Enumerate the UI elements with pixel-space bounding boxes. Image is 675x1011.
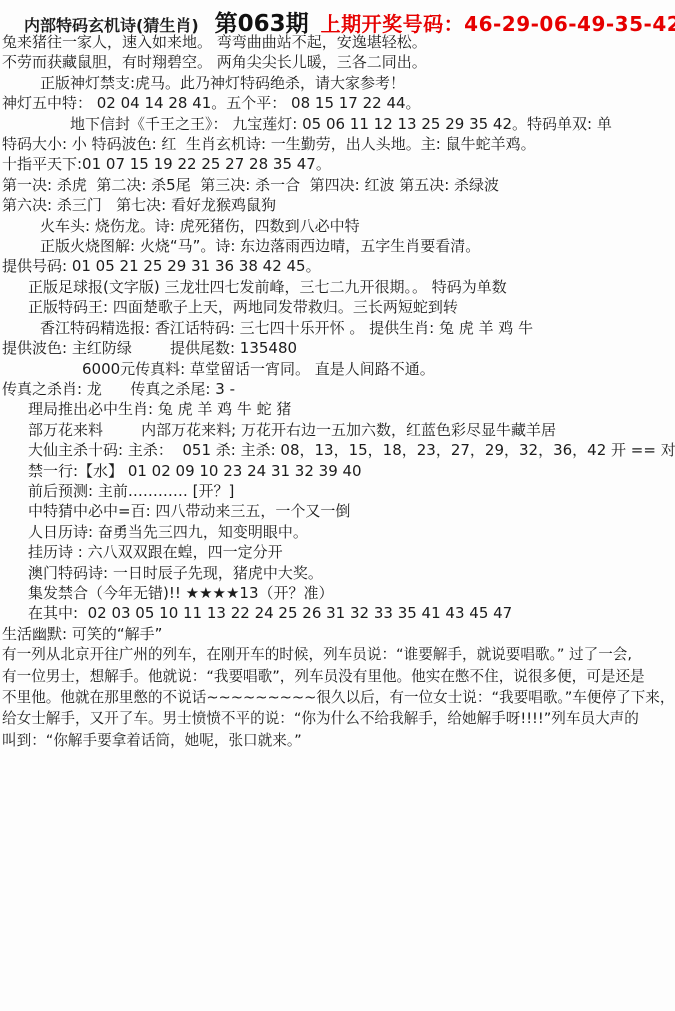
doc-line: 正版神灯禁支:虎马。此乃神灯特码绝杀，请大家参考！ [0,73,675,93]
doc-line: 正版特码王: 四面楚歌子上天，两地同发带救归。三长两短蛇到转 [0,297,675,317]
joke-line: 给女士解手，又开了车。男士愤愤不平的说：“你为什么不给我解手，给她解手呀!!!!… [0,708,675,729]
joke-line: 有一列从北京开往广州的列车，在刚开车的时候，列车员说：“谁要解手，就说要唱歌。”… [0,644,675,665]
doc-line: 神灯五中特： 02 04 14 28 41。五个平： 08 15 17 22 4… [0,93,675,113]
doc-line: 集发禁合（今年无错)!! ★★★★13（开？准） [0,583,675,603]
tip-sheet-page: 内部特码玄机诗(猜生肖) 第063期 上期开奖号码：46-29-06-49-35… [0,0,675,1011]
doc-line: 禁一行:【水】 01 02 09 10 23 24 31 32 39 40 [0,461,675,481]
doc-line: 大仙主杀十码: 主杀： 051 杀: 主杀: 08，13，15，18，23，27… [0,440,675,460]
doc-line: 前后预测: 主前………… [开？] [0,481,675,501]
joke-line: 有一位男士，想解手。他就说：“我要唱歌”，列车员没有里他。他实在憋不住，说很多便… [0,666,675,687]
doc-line: 人日历诗: 奋勇当先三四九，知变明眼中。 [0,522,675,542]
joke-line: 不里他。他就在那里憋的不说话~~~~~~~~~很久以后，有一位女士说：“我要唱歌… [0,687,675,708]
doc-line: 中特猜中必中=百: 四八带动来三五，一个又一倒 [0,501,675,521]
doc-line: 在其中: 02 03 05 10 11 13 22 24 25 26 31 32… [0,603,675,623]
doc-line: 6000元传真料: 草堂留话一宵同。 直是人间路不通。 [0,359,675,379]
doc-line: 理局推出必中生肖: 兔 虎 羊 鸡 牛 蛇 猪 [0,399,675,419]
document-body: 兔来猪往一家人，速入如来地。 弯弯曲曲站不起，安逸堪轻松。 不劳而获藏鼠胆，有时… [0,30,675,751]
joke-line: 叫到：“你解手要拿着话筒，她呢，张口就来。” [0,730,675,751]
doc-line: 提供波色: 主红防绿 提供尾数: 135480 [0,338,675,358]
poem-line: 不劳而获藏鼠胆，有时翔碧空。 两角尖尖长儿暖，三各二同出。 [0,52,675,72]
doc-line: 挂历诗 : 六八双双跟在蝗，四一定分开 [0,542,675,562]
doc-line: 香江特码精选报: 香江话特码: 三七四十乐开怀 。 提供生肖: 兔 虎 羊 鸡 … [0,318,675,338]
doc-line: 正版火烧图解: 火烧“马”。诗: 东边落雨西边晴，五字生肖要看清。 [0,236,675,256]
doc-line: 十指平天下:01 07 15 19 22 25 27 28 35 47。 [0,154,675,174]
doc-line: 地下信封《千王之王》： 九宝莲灯: 05 06 11 12 13 25 29 3… [0,114,675,134]
doc-line: 第六决: 杀三门 第七决: 看好龙猴鸡鼠狗 [0,195,675,215]
doc-line: 部万花来料 内部万花来料; 万花开右边一五加六数，红蓝色彩尽显牛藏羊居 [0,420,675,440]
doc-line: 提供号码: 01 05 21 25 29 31 36 38 42 45。 [0,256,675,276]
doc-line: 第一决: 杀虎 第二决: 杀5尾 第三决: 杀一合 第四决: 红波 第五决: 杀… [0,175,675,195]
header: 内部特码玄机诗(猜生肖) 第063期 上期开奖号码：46-29-06-49-35… [0,0,675,30]
doc-line: 澳门特码诗: 一日时辰子先现，猪虎中大奖。 [0,563,675,583]
doc-line: 火车头: 烧伤龙。诗: 虎死猪伤，四数到八必中特 [0,216,675,236]
humor-title-line: 生活幽默: 可笑的“解手” [0,624,675,644]
doc-line: 传真之杀肖: 龙 传真之杀尾: 3 - [0,379,675,399]
doc-line: 正版足球报(文字版) 三龙壮四七发前峰，三七二九开很期。。 特码为单数 [0,277,675,297]
doc-line: 特码大小: 小 特码波色: 红 生肖玄机诗: 一生勤劳，出人头地。主: 鼠牛蛇羊… [0,134,675,154]
